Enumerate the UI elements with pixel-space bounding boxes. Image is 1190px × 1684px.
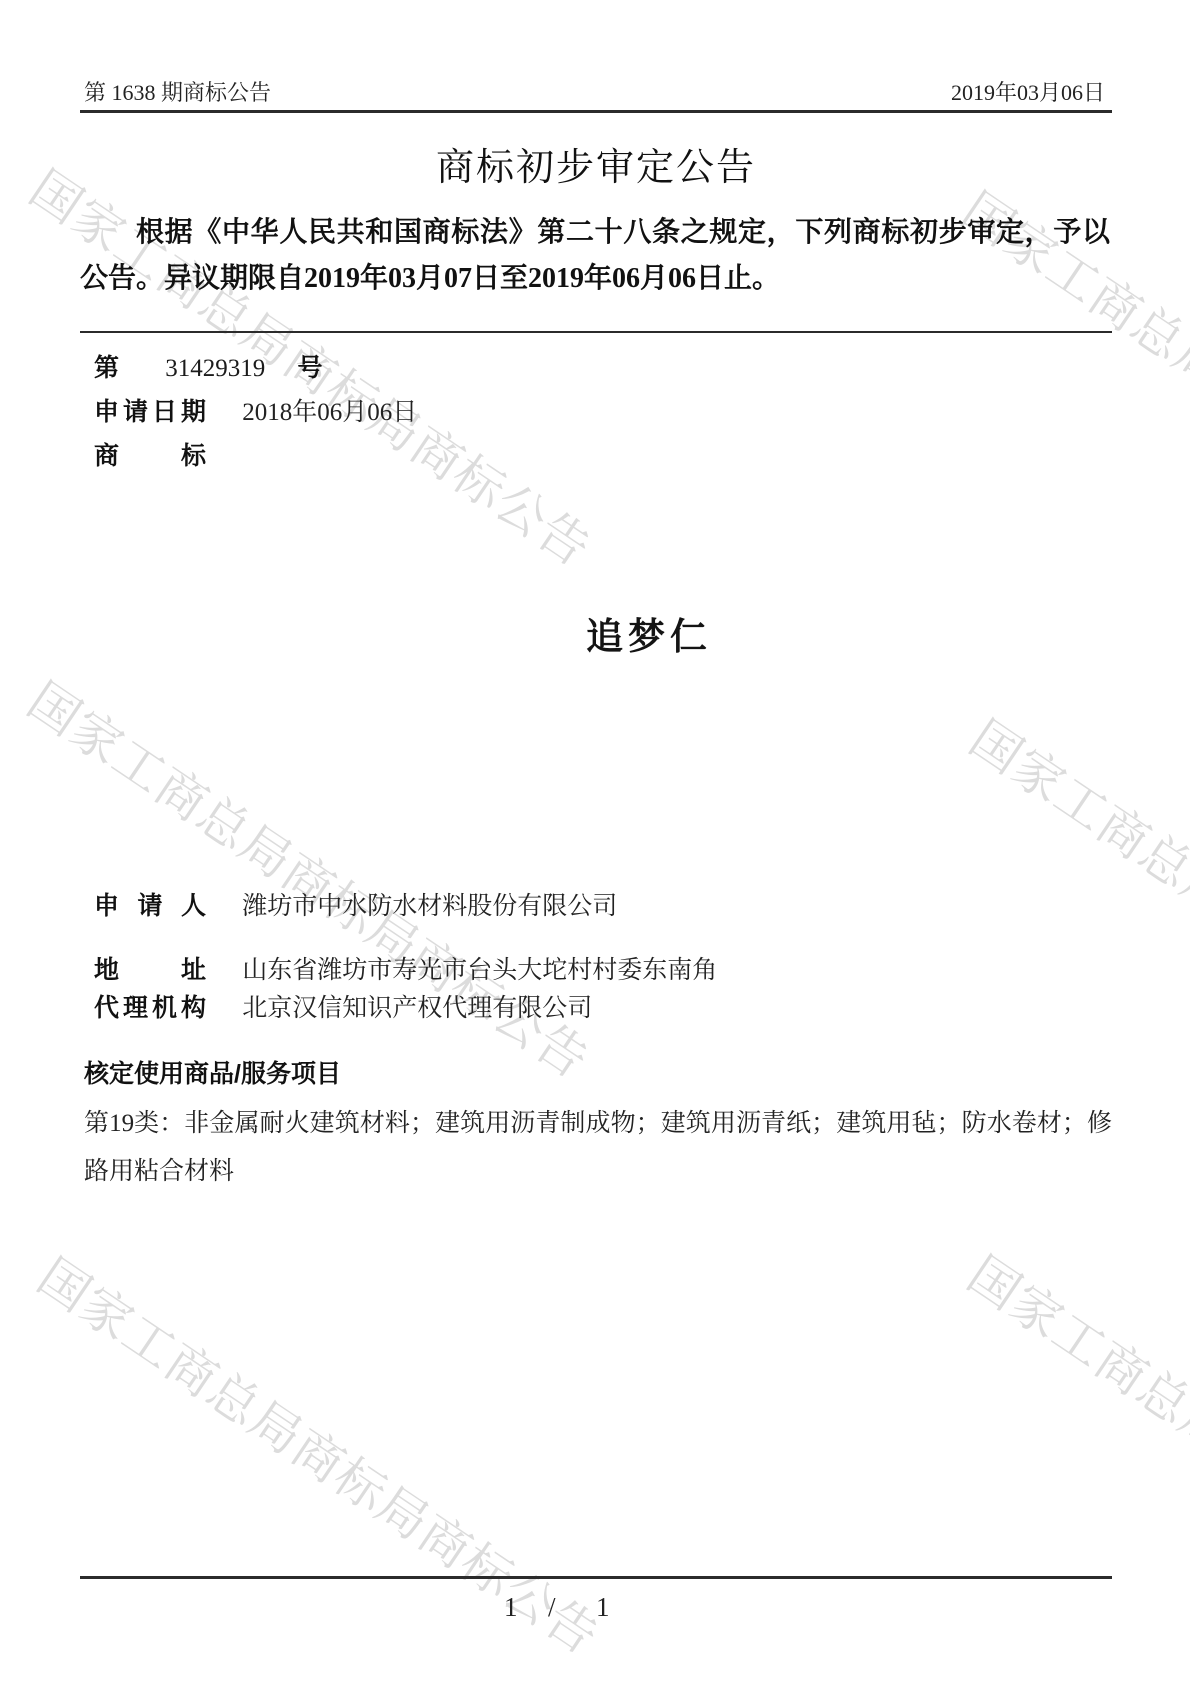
application-date-value: 2018年06月06日 <box>242 399 417 426</box>
goods-section-header: 核定使用商品/服务项目 <box>84 1054 341 1090</box>
page-number-total: 1 <box>596 1592 610 1623</box>
section-rule <box>80 331 1112 333</box>
address-value: 山东省潍坊市寿光市台头大坨村村委东南角 <box>242 957 717 984</box>
issue-date: 2019年03月06日 <box>951 76 1105 107</box>
gazette-page: 国家工商总局商标局商标公告 国家工商总局商标局商标公告 国家工商总局商标局商标公… <box>0 0 1190 1684</box>
trademark-mark: 追梦仁 <box>586 606 712 660</box>
application-date-label: 申请日期 <box>94 392 206 428</box>
intro-paragraph: 根据《中华人民共和国商标法》第二十八条之规定，下列商标初步审定，予以公告。异议期… <box>80 210 1110 302</box>
goods-list: 第19类：非金属耐火建筑材料；建筑用沥青制成物；建筑用沥青纸；建筑用毡；防水卷材… <box>84 1100 1112 1196</box>
header-rule <box>80 110 1112 113</box>
footer-rule <box>80 1576 1112 1579</box>
document-content: 第 1638 期商标公告 2019年03月06日 商标初步审定公告 根据《中华人… <box>0 0 1190 1684</box>
trademark-label-row: 商标 <box>80 436 1126 472</box>
address-row: 地址 山东省潍坊市寿光市台头大坨村村委东南角 <box>80 950 1126 986</box>
issue-number: 第 1638 期商标公告 <box>84 76 271 107</box>
applicant-value: 潍坊市中水防水材料股份有限公司 <box>242 893 617 920</box>
applicant-row: 申请人 潍坊市中水防水材料股份有限公司 <box>80 886 1126 922</box>
agent-label: 代理机构 <box>94 988 206 1024</box>
agent-value: 北京汉信知识产权代理有限公司 <box>242 995 592 1022</box>
registration-number: 31429319 <box>165 355 265 382</box>
registration-row: 第 31429319 号 <box>80 348 1126 384</box>
registration-suffix: 号 <box>298 354 323 382</box>
page-title: 商标初步审定公告 <box>80 136 1112 191</box>
application-date-row: 申请日期 2018年06月06日 <box>80 392 1126 428</box>
agent-row: 代理机构 北京汉信知识产权代理有限公司 <box>80 988 1126 1024</box>
registration-prefix: 第 <box>94 354 119 382</box>
applicant-label: 申请人 <box>94 886 206 922</box>
trademark-label: 商标 <box>94 436 206 472</box>
page-number-current: 1 <box>504 1592 518 1623</box>
address-label: 地址 <box>94 950 206 986</box>
page-number-separator: / <box>548 1592 556 1623</box>
